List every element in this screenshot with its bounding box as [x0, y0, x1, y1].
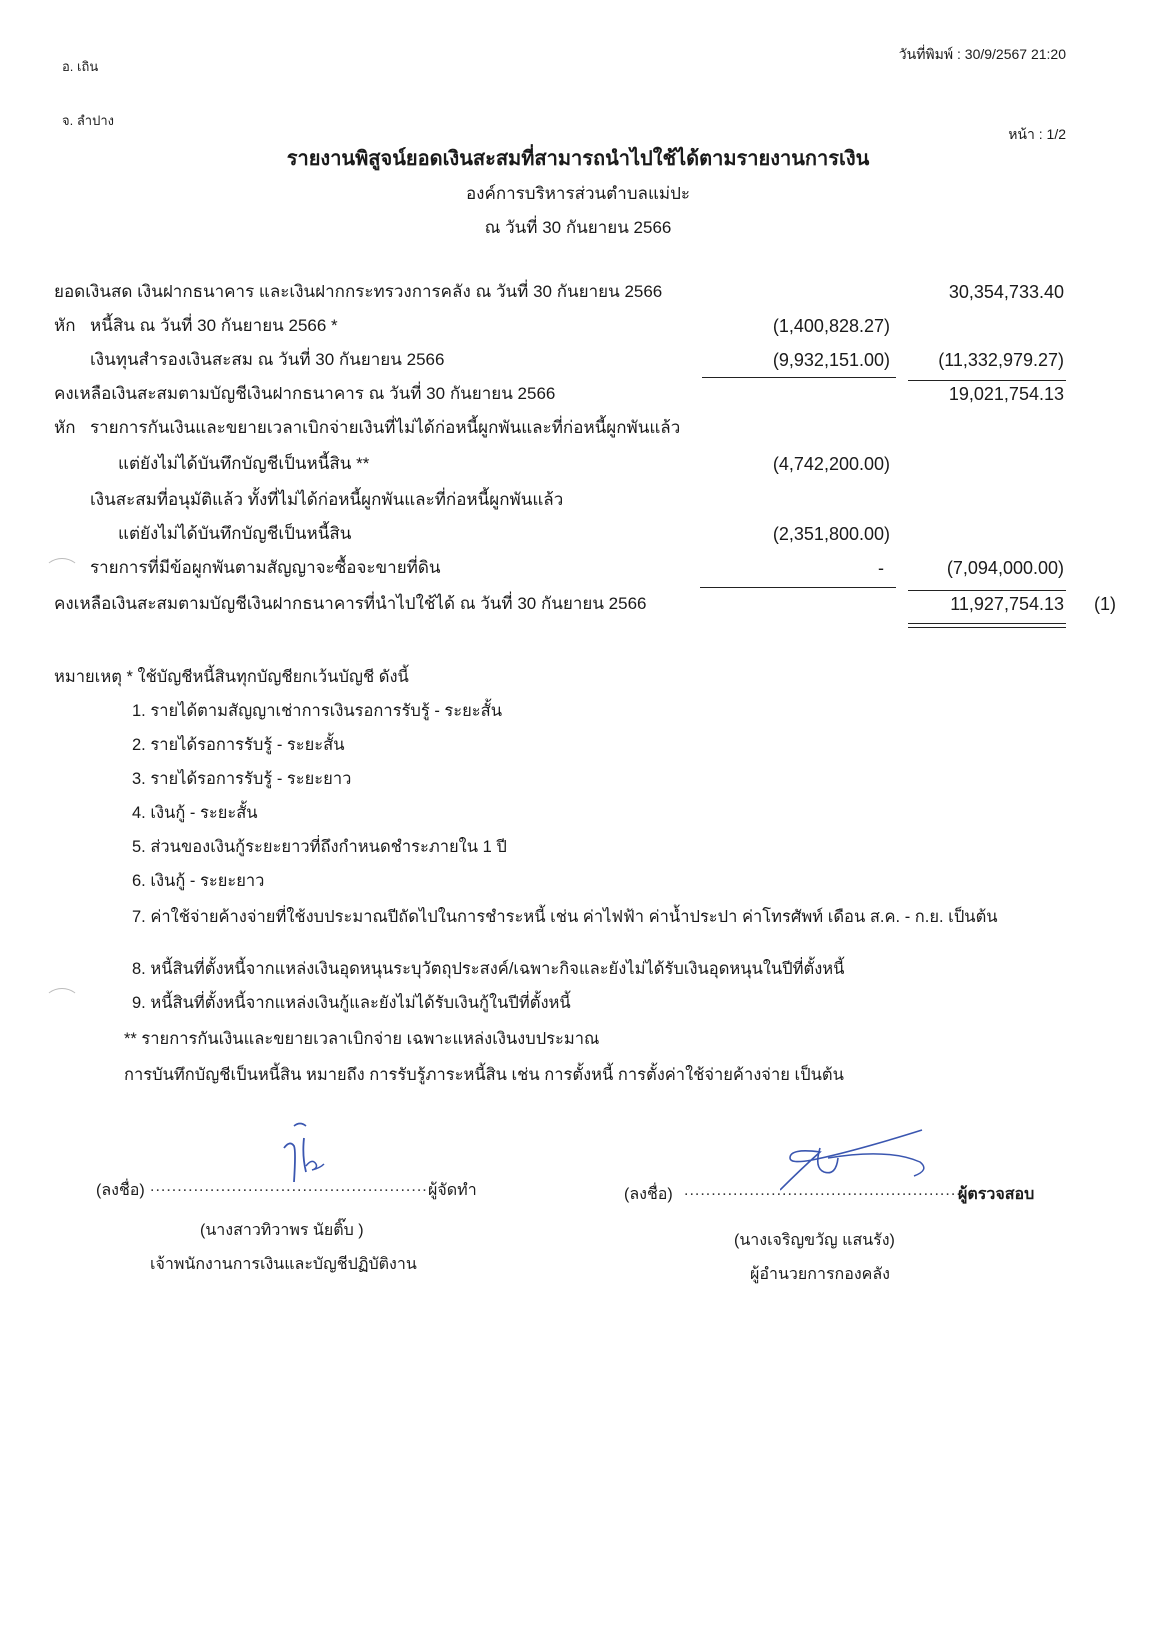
- note-definition: การบันทึกบัญชีเป็นหนี้สิน หมายถึง การรับ…: [124, 1062, 844, 1088]
- as-of-date: ณ วันที่ 30 กันยายน 2566: [0, 214, 1156, 241]
- statement-row-col1: (1,400,828.27): [773, 316, 890, 337]
- report-title: รายงานพิสูจน์ยอดเงินสะสมที่สามารถนำไปใช้…: [0, 142, 1156, 174]
- deduct-prefix: หัก: [54, 312, 76, 339]
- preparer-name: (นางสาวทิวาพร นัยติ๊บ ): [200, 1218, 364, 1243]
- subtotal-rule-col1: [702, 377, 896, 378]
- statement-row-label: หนี้สิน ณ วันที่ 30 กันยายน 2566 *: [90, 312, 338, 339]
- sign-label: (ลงชื่อ): [96, 1178, 145, 1203]
- statement-row-col2: (7,094,000.00): [947, 558, 1064, 579]
- total-double-rule: [908, 623, 1066, 628]
- note-item: 5. ส่วนของเงินกู้ระยะยาวที่ถึงกำหนดชำระภ…: [132, 834, 507, 860]
- page-label: หน้า :: [1008, 126, 1042, 142]
- print-date: วันที่พิมพ์ : 30/9/2567 21:20: [899, 44, 1066, 66]
- subtotal-rule-col2: [908, 380, 1066, 381]
- statement-row-label: รายการที่มีข้อผูกพันตามสัญญาจะซื้อจะขายท…: [90, 554, 441, 581]
- reviewer-name: (นางเจริญขวัญ แสนรัง): [734, 1228, 895, 1253]
- note-item: 4. เงินกู้ - ระยะสั้น: [132, 800, 258, 826]
- reference-marker: (1): [1094, 594, 1116, 615]
- deduct-prefix: หัก: [54, 414, 76, 441]
- organization-name: องค์การบริหารส่วนตำบลแม่ปะ: [0, 180, 1156, 207]
- statement-row-col1: (2,351,800.00): [773, 524, 890, 545]
- role-preparer: ผู้จัดทำ: [428, 1178, 477, 1203]
- note-item: 8. หนี้สินที่ตั้งหนี้จากแหล่งเงินอุดหนุน…: [132, 956, 844, 982]
- scan-artifact: [44, 558, 80, 586]
- statement-row-col2: (11,332,979.27): [938, 350, 1064, 371]
- statement-row-label: แต่ยังไม่ได้บันทึกบัญชีเป็นหนี้สิน **: [118, 450, 369, 477]
- signature-line: ........................................…: [150, 1178, 428, 1196]
- statement-row-label: เงินสะสมที่อนุมัติแล้ว ทั้งที่ไม่ได้ก่อห…: [90, 486, 563, 513]
- statement-row-col1: -: [878, 558, 884, 579]
- province-label: จ. ลำปาง: [62, 110, 114, 131]
- signature-line: ........................................…: [684, 1182, 962, 1200]
- statement-row-col1: (4,742,200.00): [773, 454, 890, 475]
- note-item: 9. หนี้สินที่ตั้งหนี้จากแหล่งเงินกู้และย…: [132, 990, 571, 1016]
- note-double-star: ** รายการกันเงินและขยายเวลาเบิกจ่าย เฉพา…: [124, 1026, 599, 1052]
- preparer-position: เจ้าพนักงานการเงินและบัญชีปฏิบัติงาน: [150, 1252, 417, 1277]
- statement-row-col1: (9,932,151.00): [773, 350, 890, 371]
- statement-row-label: แต่ยังไม่ได้บันทึกบัญชีเป็นหนี้สิน: [118, 520, 351, 547]
- statement-row-label: ยอดเงินสด เงินฝากธนาคาร และเงินฝากกระทรว…: [54, 278, 662, 305]
- scan-artifact: [44, 988, 80, 1016]
- print-date-value: 30/9/2567 21:20: [965, 46, 1066, 62]
- note-item: 7. ค่าใช้จ่ายค้างจ่ายที่ใช้งบประมาณปีถัด…: [132, 904, 998, 930]
- statement-row-label: เงินทุนสำรองเงินสะสม ณ วันที่ 30 กันยายน…: [90, 346, 444, 373]
- note-item: 6. เงินกู้ - ระยะยาว: [132, 868, 264, 894]
- sign-label: (ลงชื่อ): [624, 1182, 673, 1207]
- page-value: 1/2: [1047, 126, 1066, 142]
- total-rule-col1: [700, 587, 896, 588]
- reviewer-position: ผู้อำนวยการกองคลัง: [750, 1262, 890, 1287]
- final-balance: 11,927,754.13: [950, 594, 1064, 615]
- total-rule-col2: [908, 590, 1066, 591]
- print-date-label: วันที่พิมพ์ :: [899, 46, 961, 62]
- note-item: 2. รายได้รอการรับรู้ - ระยะสั้น: [132, 732, 345, 758]
- note-item: 1. รายได้ตามสัญญาเช่าการเงินรอการรับรู้ …: [132, 698, 502, 724]
- role-reviewer: ผู้ตรวจสอบ: [958, 1182, 1034, 1207]
- note-item: 3. รายได้รอการรับรู้ - ระยะยาว: [132, 766, 351, 792]
- notes-heading: หมายเหตุ * ใช้บัญชีหนี้สินทุกบัญชียกเว้น…: [54, 664, 409, 690]
- statement-row-col2: 19,021,754.13: [949, 384, 1064, 405]
- district-label: อ. เถิน: [62, 56, 98, 77]
- statement-row-label: รายการกันเงินและขยายเวลาเบิกจ่ายเงินที่ไ…: [90, 414, 680, 441]
- statement-row-label: คงเหลือเงินสะสมตามบัญชีเงินฝากธนาคาร ณ ว…: [54, 380, 555, 407]
- statement-row-label: คงเหลือเงินสะสมตามบัญชีเงินฝากธนาคารที่น…: [54, 590, 647, 617]
- statement-row-col2: 30,354,733.40: [949, 282, 1064, 303]
